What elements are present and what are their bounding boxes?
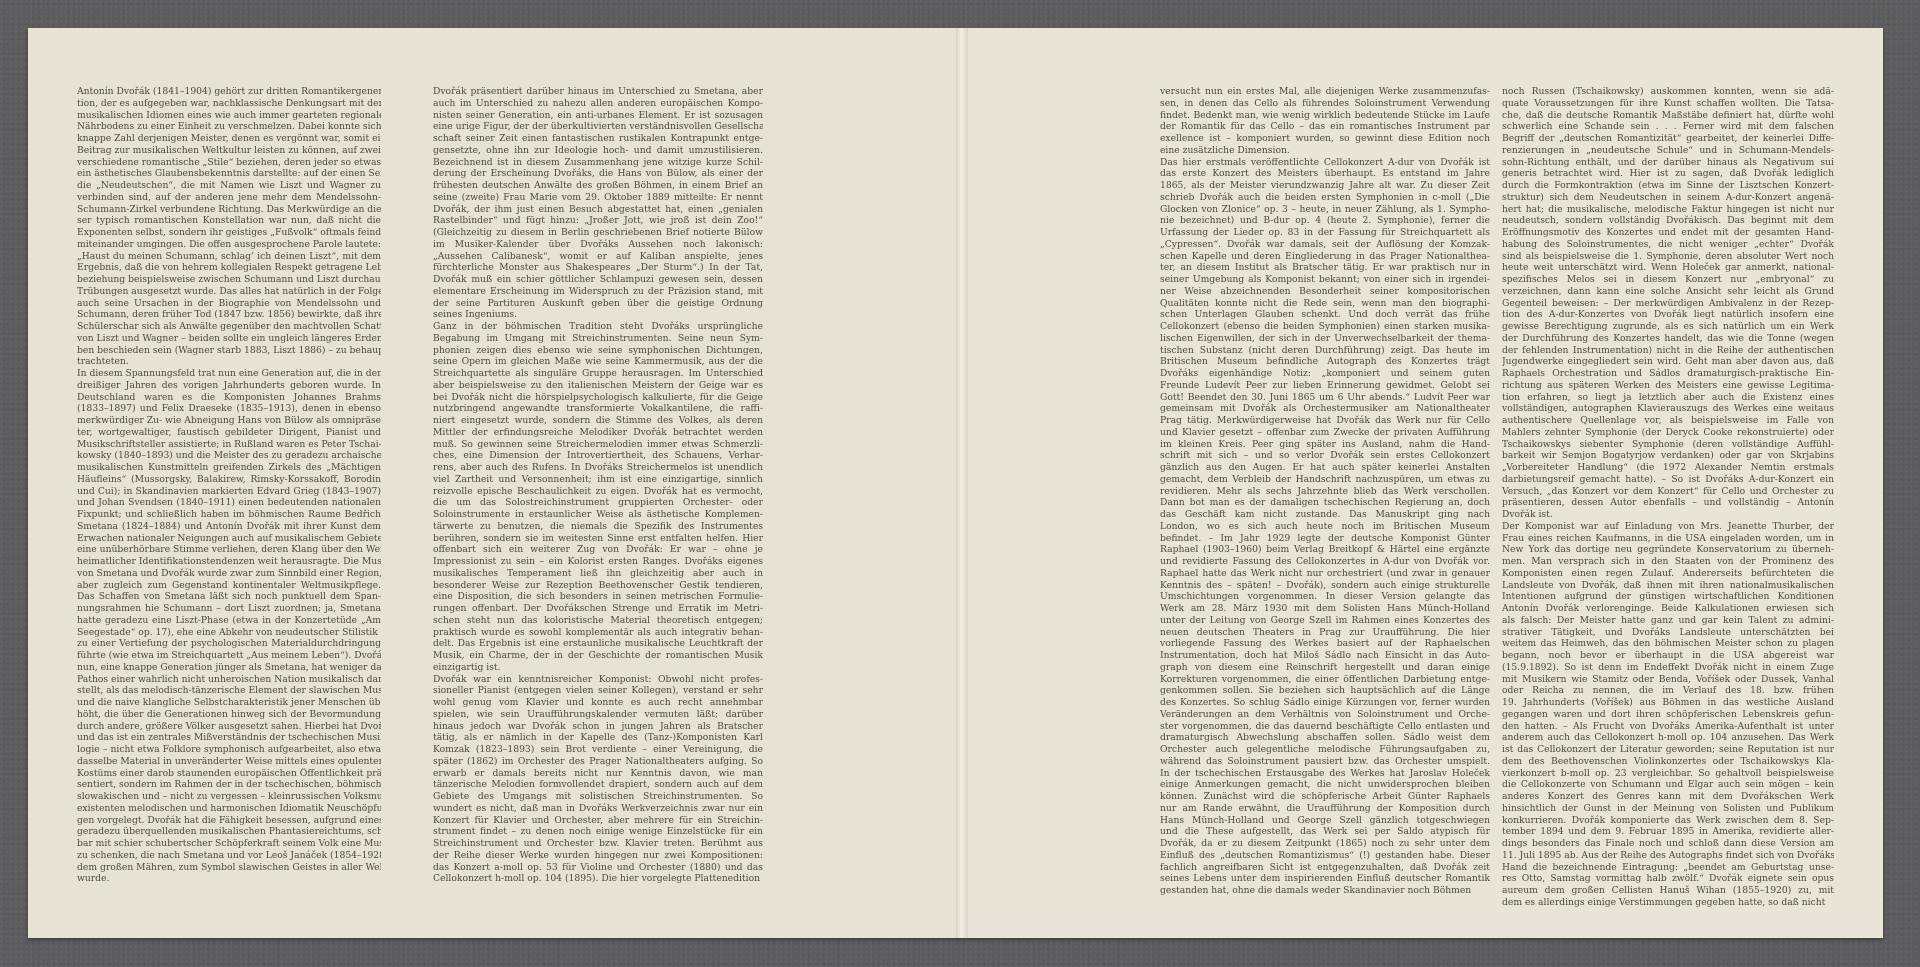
text-line: anderem auch das Cellokonzert h-moll op.… xyxy=(1502,732,1834,744)
text-line: auch im Unterschied zu nahezu allen ande… xyxy=(433,98,763,110)
text-line: New York das dortige neu gegründete Kons… xyxy=(1502,544,1834,556)
text-line: richtung aus späteren Werken des Meister… xyxy=(1502,380,1834,392)
text-line: Schumann-Zirkel verbundene Richtung. Das… xyxy=(77,204,381,216)
text-line: existenten melodischen und harmonischen … xyxy=(77,803,381,815)
text-line: die „Neudeutschen“, die mit Namen wie Li… xyxy=(77,180,381,192)
text-line: berühren, sondern sie im weitesten Sinne… xyxy=(433,533,763,545)
text-line: seine Opern im gleichen Maße wie seine K… xyxy=(433,356,763,368)
text-line: reizvolle epische Beschaulichkeit zu eig… xyxy=(433,486,763,498)
text-line: geradezu überquellenden musikalischen Ph… xyxy=(77,826,381,838)
text-line: findet. Bedenkt man, wie wenig wirklich … xyxy=(1160,110,1490,122)
text-line: Deutschland waren es die Komponisten Joh… xyxy=(77,392,381,404)
text-line: Kostüms einer darob staunenden europäisc… xyxy=(77,768,381,780)
text-line: graph von diesem eine Reinschrift herges… xyxy=(1160,662,1490,674)
text-line: ner Weise abzeichnenden Besonderheit sei… xyxy=(1160,286,1490,298)
text-line: tätig, als er nämlich in der Kapelle des… xyxy=(433,732,763,744)
text-line: Häufleins“ (Mussorgsky, Balakirew, Rimsk… xyxy=(77,474,381,486)
text-line: Begabung im Umgang mit Streichinstrument… xyxy=(433,333,763,345)
text-line: nutzbringend angewandte transformierte V… xyxy=(433,403,763,415)
text-line: Streichquartette als singuläre Gruppe he… xyxy=(433,368,763,380)
text-line: Beitrag zur musikalischen Weltkultur lei… xyxy=(77,145,381,157)
text-line: ster vorgenommen, die das dauernd beschä… xyxy=(1160,721,1490,733)
text-column-3: versucht nun ein erstes Mal, alle diejen… xyxy=(1160,86,1490,897)
text-line: knappe Zahl derjenigen Meister, denen es… xyxy=(77,133,381,145)
text-line: logie – nicht etwa Folklore symphonisch … xyxy=(77,744,381,756)
text-line: tärwerte zu benutzen, die niemals die Sp… xyxy=(433,521,763,533)
text-line: ser typisch romantischen Konstellation w… xyxy=(77,215,381,227)
text-line: generis betrachtet wird. Hier ist zu sag… xyxy=(1502,168,1834,180)
text-line: schen Unterlagen Glauben schenkt. Und do… xyxy=(1160,309,1490,321)
text-line: hert hat; die musikalische, melodische F… xyxy=(1502,204,1834,216)
text-line: beziehung beispielsweise zwischen Schuma… xyxy=(77,274,381,286)
text-line: ben beschieden sein (Wagner starb 1883, … xyxy=(77,345,381,357)
text-line: strument findet – zu denen noch einige w… xyxy=(433,826,763,838)
text-line: eine Disposition, die sich besonders in … xyxy=(433,591,763,603)
text-line: Raphael (1903–1960) beim Verlag Breitkop… xyxy=(1160,544,1490,556)
text-line: Komzak (1823–1893) sein Brot verdiente –… xyxy=(433,744,763,756)
text-line: Urfassung der Lieder op. 83 in der Fassu… xyxy=(1160,227,1490,239)
text-line: niert eingesetzt wurde, sondern die Stim… xyxy=(433,415,763,427)
text-line: „Vorbereiteter Handlung“ (die 1972 Alexa… xyxy=(1502,462,1834,474)
text-line: schrieb Dvořák auch die beiden ersten Sy… xyxy=(1160,192,1490,204)
text-line: strativer Tätigkeit, und Dvořáks Landsle… xyxy=(1502,627,1834,639)
text-line: „Cypressen“. Dvořák war damals, seit der… xyxy=(1160,239,1490,251)
text-line: des Konzertes. So schlug Sádlo einige Kü… xyxy=(1160,697,1490,709)
text-line: Hand die bezeichnende Eintragung: „beend… xyxy=(1502,862,1834,874)
text-line: dem großen Mähren, zum Symbol slawischen… xyxy=(77,862,381,874)
text-line: das erste Konzert des Meisters überhaupt… xyxy=(1160,168,1490,180)
text-line: London, wo es sich auch heute noch im Br… xyxy=(1160,521,1490,533)
text-line: Schülerschar sich als Anwälte gegenüber … xyxy=(77,321,381,333)
text-line: neudeutsch, sondern vollständig Dvořákis… xyxy=(1502,215,1834,227)
text-line: Prag tätig. Merkwürdigerweise hat Dvořák… xyxy=(1160,415,1490,427)
text-line: ein ästhetisches Glaubensbekenntnis dars… xyxy=(77,168,381,180)
text-line: frühesten deutschen Anwälte des großen B… xyxy=(433,180,763,192)
text-line: Gegenteil beweisen: – Der merkwürdigen A… xyxy=(1502,298,1834,310)
text-line: gensetzte, ohne ihn zur Ideologie hoch- … xyxy=(433,145,763,157)
text-line: exellence ist – komponiert wurden, so ge… xyxy=(1160,133,1490,145)
text-line: aureum dem großen Cellisten Hanuš Wihan … xyxy=(1502,885,1834,897)
text-line: Orchester auch gelegentliche melodische … xyxy=(1160,744,1490,756)
text-line: besonderer Weise zur Rezeption Beethoven… xyxy=(433,580,763,592)
text-line: dreißiger Jahren des vorigen Jahrhundert… xyxy=(77,380,381,392)
text-line: erwarb er damals bereits nicht nur Kennt… xyxy=(433,768,763,780)
text-line: können. Zunächst wird die schöpferische … xyxy=(1160,791,1490,803)
text-line: offenbart sich ein weiterer Zug von Dvoř… xyxy=(433,544,763,556)
text-line: und Cui); in Skandinavien markierten Edv… xyxy=(77,486,381,498)
text-line: miteinander umgingen. Die offen ausgespr… xyxy=(77,239,381,251)
text-line: Komponisten einen regen Zulauf. Anderers… xyxy=(1502,568,1834,580)
text-line: (15.9.1892). So ist denn im Endeffekt Dv… xyxy=(1502,662,1834,674)
text-line: Gebiete des Umgangs mit solistischen Str… xyxy=(433,791,763,803)
text-line: Der Komponist war auf Einladung von Mrs.… xyxy=(1502,521,1834,533)
text-line: quate Voraussetzungen für ihre Kunst sch… xyxy=(1502,98,1834,110)
text-line: gemeinsam mit Dvořák als Orchestermusike… xyxy=(1160,403,1490,415)
text-line: begann, noch bevor er überhaupt in die U… xyxy=(1502,650,1834,662)
text-line: Seegestade“ op. 17), ehe eine Abkehr von… xyxy=(77,627,381,639)
text-line: slowakischen und – nicht zu vergessen – … xyxy=(77,791,381,803)
text-line: Schumann, deren früher Tod (1847 bzw. 18… xyxy=(77,309,381,321)
text-line: eine unüberhörbare Stimme verliehen, der… xyxy=(77,544,381,556)
text-line: Korrekturen vorgenommen, die einer öffen… xyxy=(1160,674,1490,686)
text-line: der Romantik für das Cello – das ein rom… xyxy=(1160,121,1490,133)
text-line: noch Russen (Tschaikowsky) auskommen kon… xyxy=(1502,86,1834,98)
text-line: Impressionist zu sein – ein Kolorist ers… xyxy=(433,556,763,568)
text-line: einzigartig ist. xyxy=(433,662,763,674)
text-line: gemacht, dem Verbleib der Handschrift na… xyxy=(1160,474,1490,486)
text-line: Dann bot man es der damaligen tschechisc… xyxy=(1160,497,1490,509)
text-line: Eröffnungsmotiv des Konzertes und endet … xyxy=(1502,227,1834,239)
text-line: dasselbe Material in unveränderter Weise… xyxy=(77,756,381,768)
text-line: höht, die über die Generationen hinweg s… xyxy=(77,709,381,721)
text-line: schen steht nun das koloristische Materi… xyxy=(433,615,763,627)
text-line: elementare Erscheinung im Widerspruch zu… xyxy=(433,286,763,298)
text-line: rungen offenbart. Der Dvořákschen Streng… xyxy=(433,603,763,615)
text-line: und die naive klangliche Selbstcharakter… xyxy=(77,697,381,709)
text-line: verschiedene romantische „Stile“ beziehe… xyxy=(77,157,381,169)
text-line: mit Musikern wie Stamitz oder Benda, Voř… xyxy=(1502,674,1834,686)
text-line: auch seine Ursachen in der Biographie vo… xyxy=(77,298,381,310)
text-line: bei Dvořák nicht die hörspielpsychologis… xyxy=(433,392,763,404)
text-line: In diesem Spannungsfeld trat nun eine Ge… xyxy=(77,368,381,380)
text-line: der Durchführung des Konzertes handelt, … xyxy=(1502,333,1834,345)
text-line: „Haust du meinen Schumann, schlag’ ich d… xyxy=(77,251,381,263)
text-line: merkwürdiger Zu- wie Abneigung Hans von … xyxy=(77,415,381,427)
text-line: weitem das Heimweh, das den böhmischen M… xyxy=(1502,638,1834,650)
text-line: derung der Erscheinung Dvořáks, die Hans… xyxy=(433,168,763,180)
text-line: fürchterliche Monster aus Shakespeares „… xyxy=(433,262,763,274)
text-line: musikalischen Kunstmitteln greifenden Zi… xyxy=(77,462,381,474)
text-line: che, daß die deutsche Romantik Maßstäbe … xyxy=(1502,110,1834,122)
text-line: Glocken von Zlonice“ op. 3 – heute, in n… xyxy=(1160,204,1490,216)
text-line: spezifisches Melos sei in diesem Konzert… xyxy=(1502,274,1834,286)
record-sleeve-gatefold: Antonín Dvořák (1841–1904) gehört zur dr… xyxy=(28,28,1883,938)
text-line: struktur) sich dem Neudeutschen in seine… xyxy=(1502,192,1834,204)
text-line: Raphaels Orchestration und Sádlos dramat… xyxy=(1502,368,1834,380)
text-line: genkommen sollen. Sie beziehen sich haup… xyxy=(1160,685,1490,697)
text-line: im kleinen Kreis. Peer ging später ins A… xyxy=(1160,439,1490,451)
text-line: versucht nun ein erstes Mal, alle diejen… xyxy=(1160,86,1490,98)
text-line: lischen Eigenwillen, der sich in der Unv… xyxy=(1160,333,1490,345)
text-line: Ergebnis, daß die von hehrem kollegialen… xyxy=(77,262,381,274)
text-line: Versuch, „das Konzert vor dem Konzert“ f… xyxy=(1502,486,1834,498)
text-line: tion des A-dur-Konzertes von Dvořák lieg… xyxy=(1502,309,1834,321)
text-line: dem des Beethovenschen Violinkonzertes o… xyxy=(1502,756,1834,768)
text-line: verzeichnen, dann kann eine solche Ansic… xyxy=(1502,286,1834,298)
text-line: res Otto, Samstag vormittag halb zwölf.“… xyxy=(1502,873,1834,885)
text-line: Veränderungen an dem Verhältnis von Solo… xyxy=(1160,709,1490,721)
text-line: Nährbodens zu einer Einheit zu verschmel… xyxy=(77,121,381,133)
text-line: sioneller Pianist (entgegen vielen seine… xyxy=(433,685,763,697)
text-line: barkeit wir Semjon Bogatyrjow verdanken)… xyxy=(1502,450,1834,462)
text-line: präsentieren, dessen Autor ebenfalls – u… xyxy=(1502,497,1834,509)
text-line: Dvořáks eigenhändige Notiz: „komponiert … xyxy=(1160,368,1490,380)
text-line: und das ist ein zentrales Mißverständnis… xyxy=(77,732,381,744)
text-line: der fehlenden Instrumentation) nicht in … xyxy=(1502,345,1834,357)
text-line: während das Soloinstrument pausiert bzw.… xyxy=(1160,756,1490,768)
text-line: Erwachen nationaler Neigungen auch auf m… xyxy=(77,533,381,545)
text-line: einige Anmerkungen gemacht, die nicht un… xyxy=(1160,779,1490,791)
text-line: gestanden hat, ohne die damals weder Ska… xyxy=(1160,885,1490,897)
text-line: durch die Formkontraktion (etwa im Sinne… xyxy=(1502,180,1834,192)
text-line: sohn-Richtung enthält, und der darüber h… xyxy=(1502,157,1834,169)
text-line: Werk am 28. März 1930 mit dem Solisten H… xyxy=(1160,603,1490,615)
text-line: oder Reicha zu nennen, die im Verlauf de… xyxy=(1502,685,1834,697)
text-line: Musikschriftsteller assistierte; in Rußl… xyxy=(77,439,381,451)
text-line: im Musiker-Kalender über Dvořáks Aussehe… xyxy=(433,239,763,251)
text-line: stellt, als das melodisch-tänzerische El… xyxy=(77,685,381,697)
text-line: men. Man versprach sich in den Staaten v… xyxy=(1502,556,1834,568)
text-line: Raphael hatte das Werk nicht nur orchest… xyxy=(1160,568,1490,580)
text-line: Jugendwerke eingegliedert sein wird. Geh… xyxy=(1502,356,1834,368)
text-line: 1865, als der Meister vierundzwanzig Jah… xyxy=(1160,180,1490,192)
text-line: Dvořák war ein kenntnisreicher Komponist… xyxy=(433,674,763,686)
text-line: Das hier erstmals veröffentlichte Cellok… xyxy=(1160,157,1490,169)
text-line: tischen Substanz (nicht deren Durchführu… xyxy=(1160,345,1490,357)
text-line: viel Zartheit und Versonnenheit; ihm ist… xyxy=(433,474,763,486)
text-line: später (1862) im Orchester des Prager Na… xyxy=(433,756,763,768)
text-line: Trübungen ausgesetzt wurde. Das alles ha… xyxy=(77,286,381,298)
text-line: tion erfahren, so liegt ja letztlich abe… xyxy=(1502,392,1834,404)
text-line: musikalisches Temperament ließ ihn gleic… xyxy=(433,568,763,580)
text-line: rens, aber auch des Rufens. In Dvořáks S… xyxy=(433,462,763,474)
text-line: Frau eines reichen Kaufmanns, in die USA… xyxy=(1502,533,1834,545)
text-line: habung des Soloinstrumentes, die nicht w… xyxy=(1502,239,1834,251)
text-line: renzierungen in „neudeutsche Schule“ und… xyxy=(1502,145,1834,157)
text-line: Kenntnis des – späten! – Dvořák), sonder… xyxy=(1160,580,1490,592)
text-line: ist das Cellokonzert der Literatur gewor… xyxy=(1502,744,1834,756)
text-line: nie bezeichnet) und B-dur op. 4 (heute 2… xyxy=(1160,215,1490,227)
text-line: Mittler der erfindungsreiche Melodiker D… xyxy=(433,427,763,439)
text-line: Antonín Dvořák verlorenginge. Beide Kalk… xyxy=(1502,603,1834,615)
text-line: der Reihe dieser Werke wurden hingegen n… xyxy=(433,850,763,862)
text-line: muß. So gewinnen seine Streichermelodien… xyxy=(433,439,763,451)
text-line: revidieren. Mehr als sechs Jahrzehnte bl… xyxy=(1160,486,1490,498)
text-line: wohl genug vom Klavier und konnte es auc… xyxy=(433,697,763,709)
text-line: befindet. – Im Jahr 1929 legte der deuts… xyxy=(1160,533,1490,545)
text-line: den hatten. – Als Frucht von Dvořáks Ame… xyxy=(1502,721,1834,733)
text-line: ches, eine Dimension der Introvertierthe… xyxy=(433,450,763,462)
text-line: phonien zeigen dies ebenso wie seine sym… xyxy=(433,345,763,357)
text-line: Ganz in der böhmischen Tradition steht D… xyxy=(433,321,763,333)
text-line: und Klavier gesetzt – offenbar zum Zweck… xyxy=(1160,427,1490,439)
text-line: und revidierte Fassung des Cellokonzerte… xyxy=(1160,556,1490,568)
text-line: das Geschäft kam nicht zustande. Das Man… xyxy=(1160,509,1490,521)
text-line: schrift mit sich – und so verlor Dvořák … xyxy=(1160,450,1490,462)
text-line: delt. Das Ergebnis ist eine erstaunliche… xyxy=(433,638,763,650)
text-line: Das Schaffen von Smetana läßt sich noch … xyxy=(77,591,381,603)
text-line: Hans Münch-Holland und George Szell gänz… xyxy=(1160,815,1490,827)
text-line: tember 1894 und dem 9. Februar 1895 in A… xyxy=(1502,826,1834,838)
text-line: Dvořák, der ihm just einen Besuch abgest… xyxy=(433,204,763,216)
text-line: gänzlich aus den Augen. Er hat auch spät… xyxy=(1160,462,1490,474)
text-line: sen, in denen das Cello als führendes So… xyxy=(1160,98,1490,110)
text-line: von Smetana und Dvořák wurde zwar zum Si… xyxy=(77,568,381,580)
text-line: bar mit schier schubertscher Schöpferkra… xyxy=(77,838,381,850)
text-line: seine (zweite) Frau Marie vom 29. Oktobe… xyxy=(433,192,763,204)
text-column-1: Antonín Dvořák (1841–1904) gehört zur dr… xyxy=(77,86,381,885)
text-line: heimatlicher Identifikationstendenzen we… xyxy=(77,556,381,568)
text-line: führte (wie etwa im Streichquartett „Aus… xyxy=(77,650,381,662)
text-line: Rastelbinder“ und fügt hinzu: „Jroßer Jo… xyxy=(433,215,763,227)
text-line: tänzerische Melodien formvollendet drapi… xyxy=(433,779,763,791)
text-line: Mahlers zehnter Symphonie (der Deryck Co… xyxy=(1502,427,1834,439)
text-line: nungsrahmen hie Schumann – dort Liszt zu… xyxy=(77,603,381,615)
text-line: Dvořák, da er zu diesem Zeitpunkt (1865)… xyxy=(1160,838,1490,850)
text-line: Dvořák ist. xyxy=(1502,509,1834,521)
text-line: dem es allerdings einige Verstimmungen g… xyxy=(1502,897,1834,909)
text-line: 11. Juli 1895 ab. Aus der Reihe des Auto… xyxy=(1502,850,1834,862)
text-line: (1833–1897) und Felix Draeseke (1835–191… xyxy=(77,403,381,415)
text-line: spielen, wie sein Uraufführungskalender … xyxy=(433,709,763,721)
text-line: Dvořák präsentiert darüber hinaus im Unt… xyxy=(433,86,763,98)
text-line: verbinden sind, auf der anderen jene meh… xyxy=(77,192,381,204)
text-line: seiner Umgebung als Komponist bekannt; v… xyxy=(1160,274,1490,286)
text-line: konkurrieren. Dvořák komponierte das Wer… xyxy=(1502,815,1834,827)
text-line: vollständigen, autographen Klavierauszug… xyxy=(1502,403,1834,415)
text-line: seines Ingeniums. xyxy=(433,309,763,321)
text-line: „Aussehen Calibanesk“, womit er auf Kali… xyxy=(433,251,763,263)
text-line: als falsch: Der Meister hatte ganz und g… xyxy=(1502,615,1834,627)
text-line: Bezeichnend ist in diesem Zusammenhang j… xyxy=(433,157,763,169)
text-line: neuen deutschen Theaters in Prag zur Ura… xyxy=(1160,627,1490,639)
text-line: Tschaikowskys siebenter Symphonie (deren… xyxy=(1502,439,1834,451)
text-line: aber beispielsweise zu den italienischen… xyxy=(433,380,763,392)
text-line: Begriff der „deutschen Romantizität“ gea… xyxy=(1502,133,1834,145)
text-line: eine urige Figur, der der überkultiviert… xyxy=(433,121,763,133)
text-line: Antonín Dvořák (1841–1904) gehört zur dr… xyxy=(77,86,381,98)
text-line: unter der Leitung von George Szell im Ra… xyxy=(1160,615,1490,627)
text-line: nun, eine knappe Generation jünger als S… xyxy=(77,662,381,674)
text-line: Qualitäten konnte nicht die Rede sein, w… xyxy=(1160,298,1490,310)
text-line: trachteten. xyxy=(77,356,381,368)
text-line: die Cellokonzerte von Schumann und Elgar… xyxy=(1502,779,1834,791)
text-line: Fixpunkt; und schließlich haben im böhmi… xyxy=(77,509,381,521)
text-line: von Liszt und Wagner – beiden sollte ein… xyxy=(77,333,381,345)
text-line: Cellokonzert h-moll op. 104 (1895). Die … xyxy=(433,873,763,885)
text-line: Umschichtungen vorgenommen. In dieser Ve… xyxy=(1160,591,1490,603)
text-line: sind als beispielsweise die 1. Symphonie… xyxy=(1502,251,1834,263)
text-line: hinaus jedoch war Dvořák schon in jungen… xyxy=(433,721,763,733)
text-line: zu einer Vertiefung der psychologischen … xyxy=(77,638,381,650)
text-line: Smetana (1824–1884) und Antonín Dvořák m… xyxy=(77,521,381,533)
text-line: wundert es nicht, daß man in Dvořáks Wer… xyxy=(433,803,763,815)
text-line: vierkonzert b-moll op. 23 vergleichbar. … xyxy=(1502,768,1834,780)
text-line: wurde. xyxy=(77,873,381,885)
text-line: Dvořák muß ein schier göttlicher Schlamp… xyxy=(433,274,763,286)
text-line: gewisse Berechtigung zugrunde, als es si… xyxy=(1502,321,1834,333)
text-line: Musik, ein Charme, der in der Geschichte… xyxy=(433,650,763,662)
text-line: und Johan Svendsen (1840–1911) einen bed… xyxy=(77,497,381,509)
text-line: hinsichtlich der Gunst in der Meinung vo… xyxy=(1502,803,1834,815)
text-line: Britischen Museum befindliche Autograph … xyxy=(1160,356,1490,368)
text-line: und die These aufgestellt, das Werk sei … xyxy=(1160,826,1490,838)
text-line: In der tschechischen Erstausgabe des Wer… xyxy=(1160,768,1490,780)
text-line: fachlich angreifbaren Sicht ist entgegen… xyxy=(1160,862,1490,874)
text-line: 19. Jahrhunderts (Voříšek) aus Böhmen in… xyxy=(1502,697,1834,709)
text-line: seines Lebens unter dem inspirierenden E… xyxy=(1160,873,1490,885)
text-line: nisten seiner Generation, ein anti-urban… xyxy=(433,110,763,122)
text-line: Streichinstrument und Orchester bzw. Kla… xyxy=(433,838,763,850)
text-line: durch andere, größere Völker ausgesetzt … xyxy=(77,721,381,733)
text-line: Instrumentation, doch hat Miloš Sádlo na… xyxy=(1160,650,1490,662)
text-line: Einfluß des „deutschen Romantizismus“ (!… xyxy=(1160,850,1490,862)
text-line: gen vorgelegt. Dvořák hat die Fähigkeit … xyxy=(77,815,381,827)
text-line: anderes Konzert des Genres kann mit dem … xyxy=(1502,791,1834,803)
text-line: authentischere Quellenlage vor, als beis… xyxy=(1502,415,1834,427)
text-line: aber zugleich zum Gegenstand kontinental… xyxy=(77,580,381,592)
text-line: Konzert für Klavier und Orchester, aber … xyxy=(433,815,763,827)
text-line: Exponenten selbst, sondern ihr geistiges… xyxy=(77,227,381,239)
text-line: ter, an diesem Institut als Bratscher tä… xyxy=(1160,262,1490,274)
text-line: das Konzert a-moll op. 53 für Violine un… xyxy=(433,862,763,874)
text-line: dramaturgisch Abwechslung abschaffen sol… xyxy=(1160,732,1490,744)
text-line: sentiert, sondern im Rahmen der in der t… xyxy=(77,779,381,791)
text-line: schen Kapelle und deren Eingliederung in… xyxy=(1160,251,1490,263)
text-line: tion, der es aufgegeben war, nachklassis… xyxy=(77,98,381,110)
text-line: die um das Solostreichinstrument gruppie… xyxy=(433,497,763,509)
text-column-2: Dvořák präsentiert darüber hinaus im Unt… xyxy=(433,86,763,885)
text-line: Landsleute von Dvořák, daß ihnen mit ihr… xyxy=(1502,580,1834,592)
text-line: Cellokonzert (ebenso die beiden Symphoni… xyxy=(1160,321,1490,333)
text-line: musikalischen Idiomen eines wie auch imm… xyxy=(77,110,381,122)
text-line: darbietungsreif gemacht hatte). – So ist… xyxy=(1502,474,1834,486)
text-line: praktisch wurde es sowohl komplementär a… xyxy=(433,627,763,639)
text-line: Gott! Beendet den 30. Juni 1865 um 6 Uhr… xyxy=(1160,392,1490,404)
spine-fold xyxy=(956,28,968,938)
text-line: eine zusätzliche Dimension. xyxy=(1160,145,1490,157)
text-line: (Gleichzeitig zu diesem in Berlin geschr… xyxy=(433,227,763,239)
text-line: schwerlich eine Schande sein . . . Ferne… xyxy=(1502,121,1834,133)
text-line: heute weit unterschätzt wird. Wenn Holeč… xyxy=(1502,262,1834,274)
text-column-4: noch Russen (Tschaikowsky) auskommen kon… xyxy=(1502,86,1834,909)
text-line: nur am Rande erwähnt, die Uraufführung d… xyxy=(1160,803,1490,815)
text-line: Pathos einer wahrlich nicht unheroischen… xyxy=(77,674,381,686)
text-line: vorliegende Fassung des Werkes basiert a… xyxy=(1160,638,1490,650)
text-line: Freunde Ludevít Peer zur lieben Erinneru… xyxy=(1160,380,1490,392)
text-line: dings besonders das Finale noch und schl… xyxy=(1502,838,1834,850)
text-line: ter, wortgewaltiger, faustisch gebildete… xyxy=(77,427,381,439)
text-line: schaft seiner Zeit einen fantastischen r… xyxy=(433,133,763,145)
text-line: gegangen waren und dort ihren schöpferis… xyxy=(1502,709,1834,721)
text-line: kowsky (1840–1893) und die Meister des z… xyxy=(77,450,381,462)
text-line: Intentionen aufgrund der günstigen wirts… xyxy=(1502,591,1834,603)
text-line: hatte geradezu eine Liszt-Phase (etwa in… xyxy=(77,615,381,627)
text-line: Soloinstrumente in erstaunlicher Weise a… xyxy=(433,509,763,521)
text-line: der seine Partituren Auskunft geben über… xyxy=(433,298,763,310)
text-line: zu schenken, die nach Smetana und vor Le… xyxy=(77,850,381,862)
